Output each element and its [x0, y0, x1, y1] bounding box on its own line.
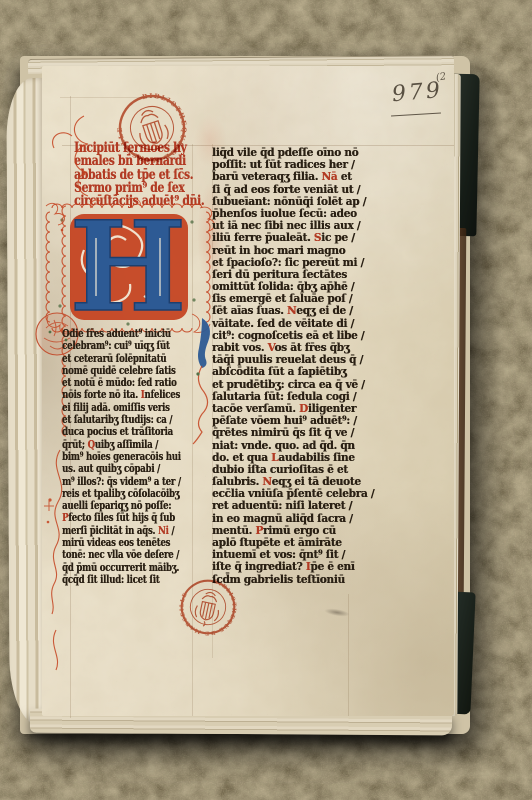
text-line: et prudētibʒ: circa ea q̄ vē /	[212, 378, 374, 390]
upper-flourish	[74, 116, 88, 196]
text-line: nōis forte nō ita. Infelices	[62, 389, 181, 401]
text-line: reūt in hoc mari magno	[212, 244, 374, 256]
manuscript-page: 979 (2 Incipiūt ſermōes hyemales bn̄ ber…	[42, 66, 454, 716]
stamp-emblem-icon	[133, 107, 173, 156]
folio-annotation: (2	[435, 71, 447, 84]
text-column-right: liq̄d vile q̄d pdeſſe oīno nōpoſſit: ut …	[212, 146, 374, 585]
text-line: abſcōdita ſūt a ſapiētibʒ	[212, 365, 374, 377]
photograph-scene: { "folio": { "number": "979", "annotatio…	[0, 0, 532, 800]
margin-cross-mark	[44, 501, 54, 511]
text-line: ſi q̄ ad eos forte veniāt ut /	[212, 183, 374, 195]
text-column-left: Odie fr̄es aduent⁹ iniciūcelebram⁹: cui⁹…	[62, 328, 181, 586]
text-line: celebram⁹: cui⁹ uīqʒ ſūt	[62, 340, 181, 352]
text-line: iſte q̄ ingrediat? Ip̄e ē enī	[212, 560, 374, 572]
text-line: q̄cq̄d ſit illud: licet ſit	[62, 574, 181, 586]
text-line: tonē: nec vlla vōe deſere /	[62, 549, 181, 561]
text-line: barū veteraqʒ filia. Nā et	[212, 170, 374, 182]
text-line: m⁹ illos?: q̄s videm⁹ a ter /	[62, 476, 181, 488]
text-line: vāitate. ſed de vēitate di /	[212, 317, 374, 329]
text-line: ret aduentū: niſi lateret /	[212, 499, 374, 511]
smudge-mark	[320, 605, 355, 619]
text-line: ſēt aīas ſuas. Neqʒ ei de /	[212, 304, 374, 316]
text-line: us. aut quibʒ cōpabi /	[62, 463, 181, 475]
text-line: iliū ferre p̄ualeāt. Sic pe /	[212, 231, 374, 243]
folio-underline	[391, 112, 441, 116]
library-stamp-bottom: BIBLIOTHEQUE DE MARSEILLE	[170, 569, 246, 645]
lower-flourish	[52, 450, 62, 614]
text-line: q̄rētes nimirū q̄s ſit q̄ ve /	[212, 426, 374, 438]
stamp-emblem-icon	[193, 590, 223, 629]
